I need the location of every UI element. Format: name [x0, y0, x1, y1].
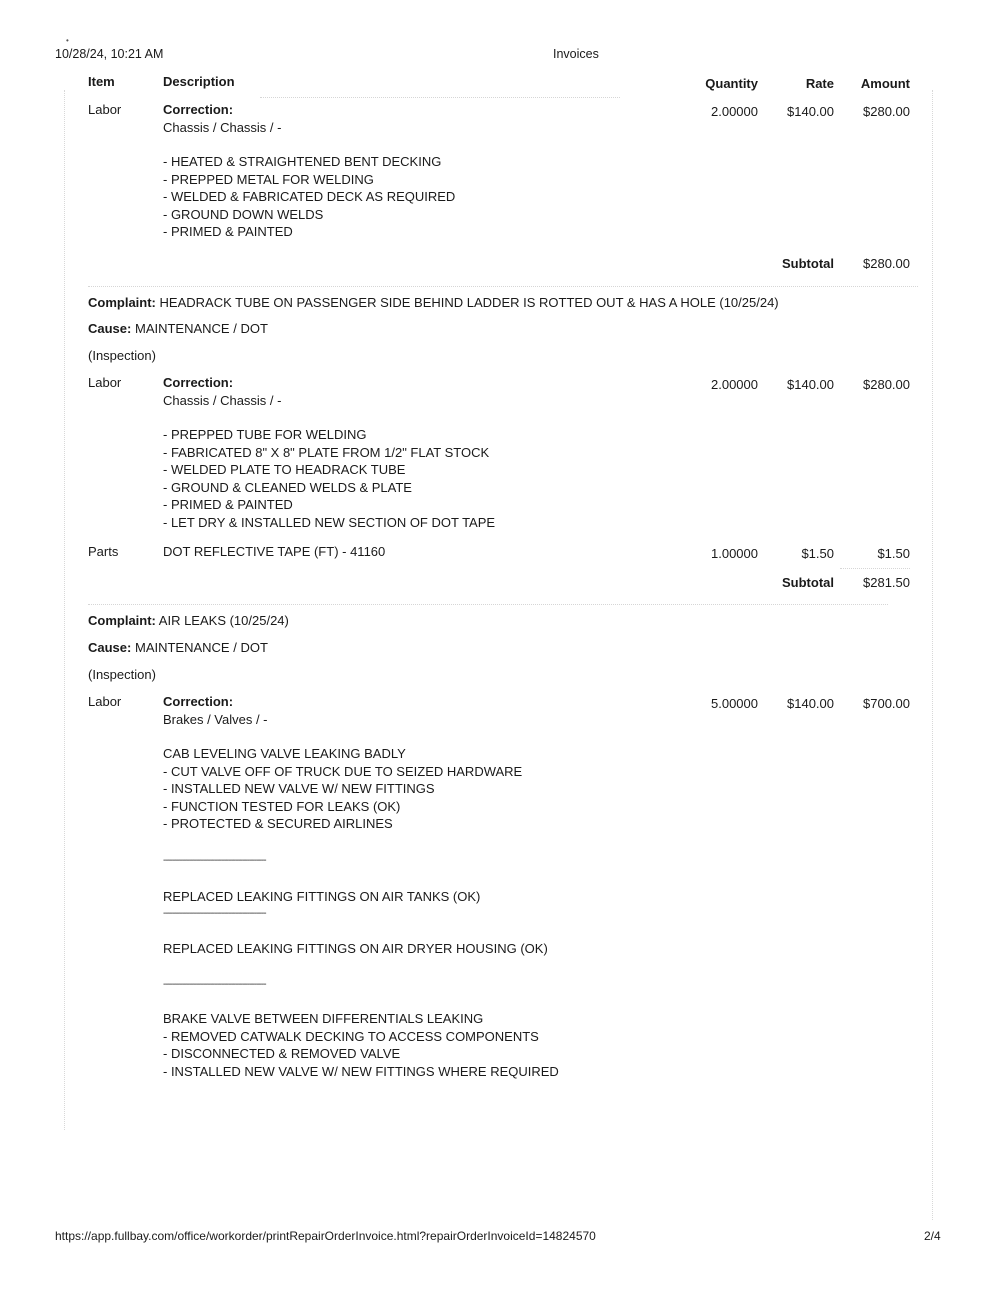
note-line-air-dryer: REPLACED LEAKING FITTINGS ON AIR DRYER H…: [163, 941, 548, 956]
item-type: Parts: [88, 544, 118, 559]
quantity: 2.00000: [690, 104, 758, 119]
item-type: Labor: [88, 102, 121, 117]
amount: $280.00: [846, 104, 910, 119]
note-line: - LET DRY & INSTALLED NEW SECTION OF DOT…: [163, 514, 495, 532]
work-notes-brake-valve: BRAKE VALVE BETWEEN DIFFERENTIALS LEAKIN…: [163, 1010, 559, 1080]
note-line: - FUNCTION TESTED FOR LEAKS (OK): [163, 798, 522, 816]
correction-label: Correction:: [163, 102, 233, 117]
col-amount: Amount: [846, 76, 910, 91]
quantity: 2.00000: [690, 377, 758, 392]
complaint: Complaint: HEADRACK TUBE ON PASSENGER SI…: [88, 295, 779, 310]
note-line: - PREPPED TUBE FOR WELDING: [163, 426, 495, 444]
amount: $700.00: [846, 696, 910, 711]
work-notes: - PREPPED TUBE FOR WELDING - FABRICATED …: [163, 426, 495, 532]
note-line: - GROUND & CLEANED WELDS & PLATE: [163, 479, 495, 497]
col-item: Item: [88, 74, 115, 89]
correction-category: Chassis / Chassis / -: [163, 120, 281, 135]
page-number: 2/4: [924, 1229, 941, 1243]
work-notes: - HEATED & STRAIGHTENED BENT DECKING - P…: [163, 153, 455, 241]
rate: $140.00: [770, 104, 834, 119]
page-title: Invoices: [553, 47, 599, 61]
complaint-text: AIR LEAKS (10/25/24): [159, 613, 289, 628]
subtotal-amount: $281.50: [846, 575, 910, 590]
complaint-text: HEADRACK TUBE ON PASSENGER SIDE BEHIND L…: [160, 295, 779, 310]
section-divider: [88, 286, 918, 287]
page-url: https://app.fullbay.com/office/workorder…: [55, 1229, 596, 1243]
amount: $1.50: [846, 546, 910, 561]
rate: $1.50: [770, 546, 834, 561]
work-notes-cab-valve: CAB LEVELING VALVE LEAKING BADLY - CUT V…: [163, 745, 522, 833]
correction-category: Brakes / Valves / -: [163, 712, 268, 727]
note-line: - PREPPED METAL FOR WELDING: [163, 171, 455, 189]
note-line: CAB LEVELING VALVE LEAKING BADLY: [163, 745, 522, 763]
rate: $140.00: [770, 377, 834, 392]
quantity: 1.00000: [690, 546, 758, 561]
cause-label: Cause:: [88, 640, 131, 655]
cause: Cause: MAINTENANCE / DOT: [88, 640, 268, 655]
note-line: - DISCONNECTED & REMOVED VALVE: [163, 1045, 559, 1063]
note-line: - WELDED & FABRICATED DECK AS REQUIRED: [163, 188, 455, 206]
note-line: - HEATED & STRAIGHTENED BENT DECKING: [163, 153, 455, 171]
note-line: - WELDED PLATE TO HEADRACK TUBE: [163, 461, 495, 479]
amount: $280.00: [846, 377, 910, 392]
note-separator: ----------------------------------------…: [163, 979, 266, 990]
complaint-label: Complaint:: [88, 295, 156, 310]
complaint-label: Complaint:: [88, 613, 156, 628]
correction-label: Correction:: [163, 694, 233, 709]
note-line: BRAKE VALVE BETWEEN DIFFERENTIALS LEAKIN…: [163, 1010, 559, 1028]
note-line: - REMOVED CATWALK DECKING TO ACCESS COMP…: [163, 1028, 559, 1046]
col-rate: Rate: [770, 76, 834, 91]
inspection-tag: (Inspection): [88, 348, 156, 363]
note-line: - PRIMED & PAINTED: [163, 223, 455, 241]
subtotal-label: Subtotal: [770, 256, 834, 271]
subtotal-label: Subtotal: [770, 575, 834, 590]
section-divider: [88, 604, 888, 605]
note-line: - PRIMED & PAINTED: [163, 496, 495, 514]
correction-category: Chassis / Chassis / -: [163, 393, 281, 408]
header-divider: [260, 97, 620, 98]
note-separator: ----------------------------------------…: [163, 855, 266, 866]
complaint: Complaint: AIR LEAKS (10/25/24): [88, 613, 289, 628]
item-type: Labor: [88, 375, 121, 390]
note-line-air-tanks: REPLACED LEAKING FITTINGS ON AIR TANKS (…: [163, 889, 480, 904]
quantity: 5.00000: [690, 696, 758, 711]
note-line: - CUT VALVE OFF OF TRUCK DUE TO SEIZED H…: [163, 763, 522, 781]
correction-label: Correction:: [163, 375, 233, 390]
note-separator: ----------------------------------------…: [163, 908, 266, 919]
scan-mark: •: [66, 36, 69, 45]
cause-text: MAINTENANCE / DOT: [135, 321, 268, 336]
part-description: DOT REFLECTIVE TAPE (FT) - 41160: [163, 544, 385, 559]
col-quantity: Quantity: [690, 76, 758, 91]
cause-text: MAINTENANCE / DOT: [135, 640, 268, 655]
subtotal-divider: [840, 568, 910, 569]
note-line: - INSTALLED NEW VALVE W/ NEW FITTINGS: [163, 780, 522, 798]
note-line: - PROTECTED & SECURED AIRLINES: [163, 815, 522, 833]
subtotal-amount: $280.00: [846, 256, 910, 271]
col-description: Description: [163, 74, 235, 89]
note-line: - GROUND DOWN WELDS: [163, 206, 455, 224]
print-datetime: 10/28/24, 10:21 AM: [55, 47, 163, 61]
rate: $140.00: [770, 696, 834, 711]
right-border: [932, 90, 933, 1220]
left-border: [64, 90, 65, 1130]
note-line: - INSTALLED NEW VALVE W/ NEW FITTINGS WH…: [163, 1063, 559, 1081]
note-line: - FABRICATED 8" X 8" PLATE FROM 1/2" FLA…: [163, 444, 495, 462]
cause-label: Cause:: [88, 321, 131, 336]
inspection-tag: (Inspection): [88, 667, 156, 682]
item-type: Labor: [88, 694, 121, 709]
cause: Cause: MAINTENANCE / DOT: [88, 321, 268, 336]
